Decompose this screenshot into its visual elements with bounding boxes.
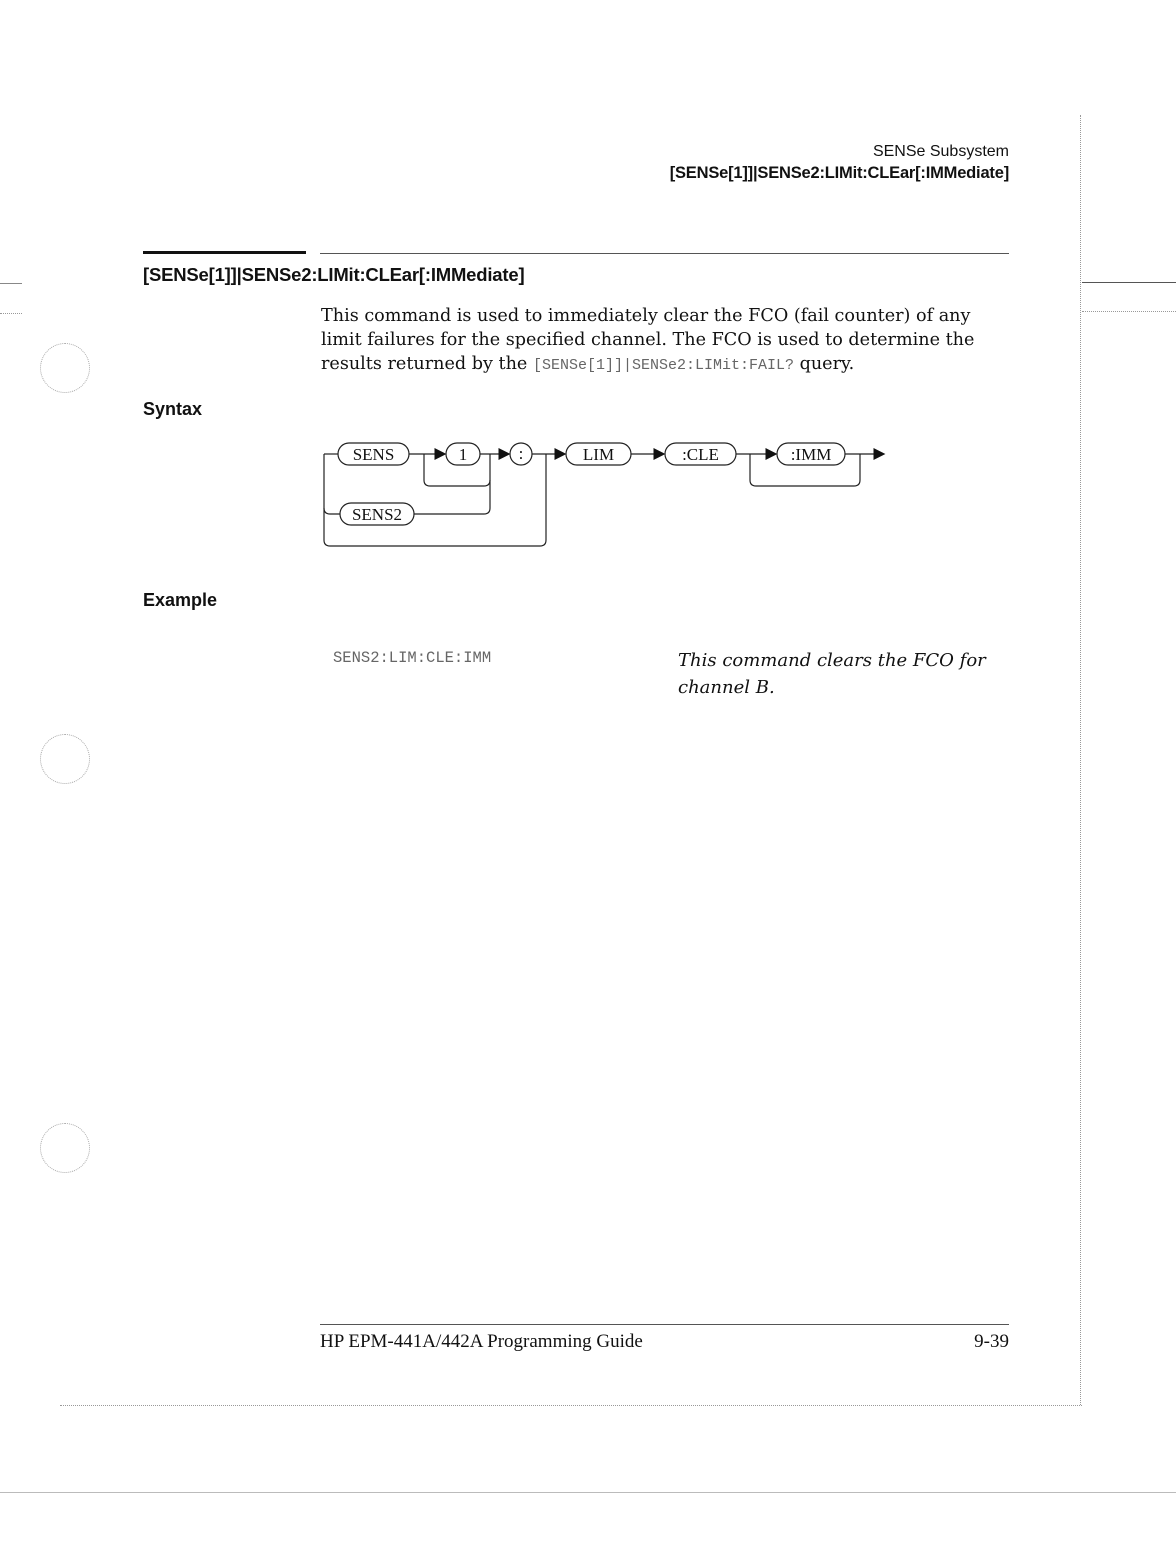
command-description: This command is used to immediately clea…	[321, 304, 1011, 378]
example-command: SENS2:LIM:CLE:IMM	[333, 649, 491, 667]
edge-mark	[0, 313, 22, 314]
node-lim: LIM	[583, 445, 614, 464]
scan-edge	[0, 1492, 1176, 1493]
page-edge	[1080, 115, 1081, 1405]
running-header-subsystem: SENSe Subsystem	[873, 143, 1009, 161]
syntax-diagram: SENS 1 : SENS2 LIM :CLE :IMM	[318, 436, 898, 556]
description-text-end: query.	[794, 354, 854, 374]
punch-hole	[40, 343, 90, 393]
node-sens2: SENS2	[352, 505, 402, 524]
section-rule-thin	[320, 253, 1009, 254]
edge-mark	[0, 283, 22, 284]
node-cle: :CLE	[682, 445, 719, 464]
edge-mark	[1082, 282, 1176, 283]
description-code: [SENSe[1]]|SENSe2:LIMit:FAIL?	[533, 357, 794, 374]
example-label: Example	[143, 590, 217, 611]
example-description: This command clears the FCO for channel …	[678, 647, 1008, 701]
section-rule-thick	[143, 251, 306, 254]
edge-mark	[1082, 311, 1176, 312]
punch-hole	[40, 734, 90, 784]
node-one: 1	[459, 445, 468, 464]
syntax-label: Syntax	[143, 399, 202, 420]
footer-title: HP EPM-441A/442A Programming Guide	[320, 1331, 643, 1353]
section-title: [SENSe[1]]|SENSe2:LIMit:CLEar[:IMMediate…	[143, 264, 524, 286]
running-header-command: [SENSe[1]]|SENSe2:LIMit:CLEar[:IMMediate…	[670, 164, 1009, 183]
node-imm: :IMM	[791, 445, 832, 464]
node-sens: SENS	[353, 445, 395, 464]
punch-hole	[40, 1123, 90, 1173]
page-edge	[60, 1405, 1082, 1406]
page-number: 9-39	[974, 1331, 1009, 1353]
footer-rule	[320, 1324, 1009, 1325]
node-colon: :	[519, 444, 524, 463]
